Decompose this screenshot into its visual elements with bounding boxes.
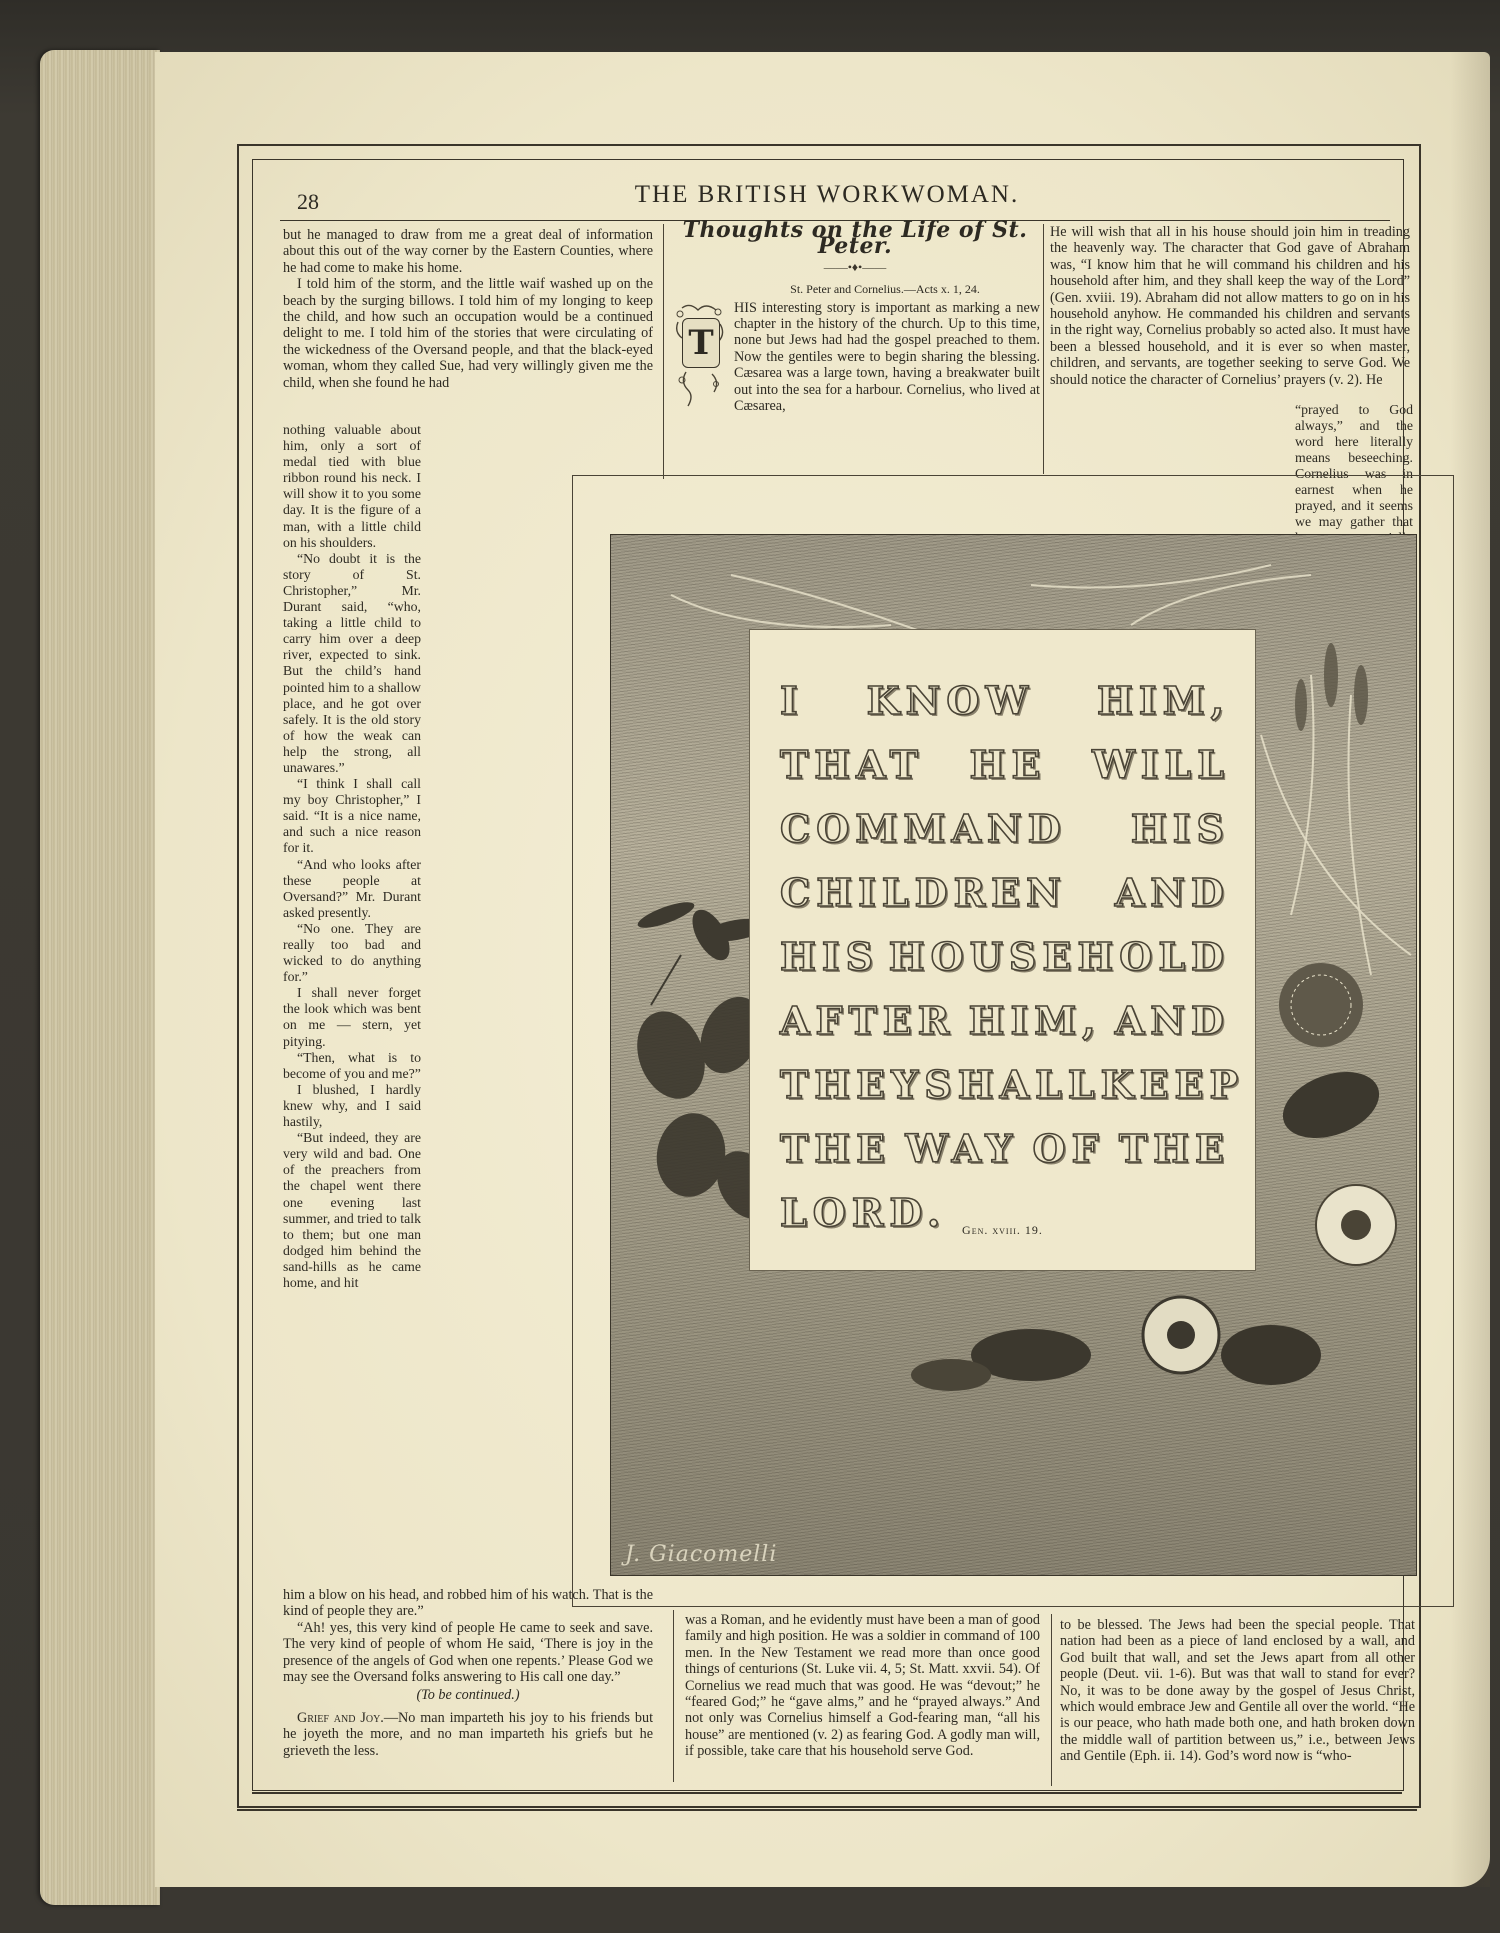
dropcap-ornament: T: [670, 300, 728, 410]
scripture-word: OF: [1033, 1126, 1105, 1171]
article-column-2-bottom: was a Roman, and he evidently must have …: [685, 1612, 1040, 1760]
page-curl-shadow: [1450, 52, 1490, 1887]
scripture-word: HE: [970, 742, 1047, 787]
article-column-top: Thoughts on the Life of St. Peter. ——•♦•…: [670, 222, 1040, 414]
scripture-word: HIM,: [1097, 678, 1230, 723]
scripture-word: KNOW: [867, 678, 1035, 723]
filler-paragraph: Grief and Joy.—No man imparteth his joy …: [283, 1710, 653, 1759]
scripture-word: KEEP: [1101, 1062, 1245, 1107]
scripture-reference: Gen. xviii. 19.: [750, 1223, 1255, 1238]
scripture-word: THAT: [780, 742, 924, 787]
bottom-rule-inner: [252, 1792, 1402, 1794]
article-paragraph: was a Roman, and he evidently must have …: [685, 1612, 1040, 1760]
scripture-word: COMMAND: [780, 806, 1067, 851]
book-page: 28 THE BRITISH WORKWOMAN. but he managed…: [155, 52, 1490, 1887]
article-title: Thoughts on the Life of St. Peter.: [670, 222, 1040, 255]
column-rule-1-top: [663, 224, 664, 479]
story-paragraph: “But indeed, they are very wild and bad.…: [283, 1130, 421, 1291]
story-paragraph: I told him of the storm, and the little …: [283, 276, 653, 391]
article-column-3-top: He will wish that all in his house shoul…: [1050, 224, 1410, 388]
story-paragraph: I blushed, I hardly knew why, and I said…: [283, 1082, 421, 1130]
journal-title: THE BRITISH WORKWOMAN.: [252, 181, 1402, 209]
story-column-bottom: him a blow on his head, and robbed him o…: [283, 1587, 653, 1759]
story-paragraph: I shall never forget the look which was …: [283, 985, 421, 1049]
story-paragraph: “No doubt it is the story of St. Christo…: [283, 551, 421, 776]
bottom-flowers-icon: [911, 1297, 1321, 1391]
daisy-icon: [1316, 1185, 1396, 1265]
ornament-rule: ——•♦•——: [670, 259, 1040, 275]
book-page-edges: [40, 50, 160, 1905]
scripture-word: HIS: [1131, 806, 1230, 851]
scripture-line-1: I KNOW HIM,: [780, 670, 1230, 730]
engraver-signature: J. Giacomelli: [625, 1542, 777, 1567]
article-subtitle: St. Peter and Cornelius.—Acts x. 1, 24.: [670, 281, 1040, 297]
article-paragraph: to be blessed. The Jews had been the spe…: [1060, 1617, 1415, 1765]
scripture-word: WAY: [905, 1126, 1018, 1171]
scripture-line-6: AFTER HIM, AND: [780, 990, 1230, 1050]
article-column-3-bottom: to be blessed. The Jews had been the spe…: [1060, 1617, 1415, 1765]
running-head: 28 THE BRITISH WORKWOMAN.: [252, 167, 1402, 219]
scripture-word: HIS: [780, 934, 879, 979]
scripture-word: AND: [1115, 998, 1230, 1043]
scripture-line-4: CHILDREN AND: [780, 862, 1230, 922]
column-rule-1-bottom: [673, 1610, 674, 1782]
scripture-line-8: THE WAY OF THE: [780, 1118, 1230, 1178]
story-paragraph: “No one. They are really too bad and wic…: [283, 921, 421, 985]
scripture-word: AFTER: [780, 998, 955, 1043]
column-rule-2-top: [1043, 224, 1044, 474]
dragonfly-icon: [635, 897, 767, 1005]
story-paragraph: “And who looks after these people at Ove…: [283, 857, 421, 921]
column-rule-2-bottom: [1051, 1614, 1052, 1786]
article-paragraph: He will wish that all in his house shoul…: [1050, 224, 1410, 388]
scripture-line-3: COMMAND HIS: [780, 798, 1230, 858]
scripture-word: CHILDREN: [780, 870, 1067, 915]
story-paragraph: “Ah! yes, this very kind of people He ca…: [283, 1620, 653, 1686]
story-paragraph: “I think I shall call my boy Christopher…: [283, 776, 421, 856]
clover-flower-icon: [1274, 963, 1388, 1150]
scripture-word: WILL: [1092, 742, 1230, 787]
story-paragraph: “Then, what is to become of you and me?”: [283, 1050, 421, 1082]
dropcap-letter: T: [682, 318, 720, 368]
scripture-word: HIM,: [969, 998, 1102, 1043]
bottom-rule-outer: [237, 1809, 1417, 1811]
story-paragraph: nothing valuable about him, only a sort …: [283, 422, 421, 551]
story-column-top: but he managed to draw from me a great d…: [283, 227, 653, 391]
scripture-word: HOUSEHOLD: [889, 934, 1230, 979]
scripture-line-2: THAT HE WILL: [780, 734, 1230, 794]
story-paragraph: but he managed to draw from me a great d…: [283, 227, 653, 276]
to-be-continued: (To be continued.): [283, 1687, 653, 1703]
scripture-line-7: THEY SHALL KEEP: [780, 1054, 1230, 1114]
scripture-line-5: HIS HOUSEHOLD: [780, 926, 1230, 986]
story-column-narrow: nothing valuable about him, only a sort …: [283, 422, 421, 1291]
scripture-word: THE: [780, 1126, 891, 1171]
scripture-word: I: [780, 678, 804, 723]
filler-title: Grief and Joy.: [297, 1710, 384, 1726]
scripture-word: THEY: [780, 1062, 924, 1107]
scripture-card: I KNOW HIM, THAT HE WILL COMMAND HIS CHI…: [750, 630, 1255, 1270]
scripture-word: SHALL: [924, 1062, 1100, 1107]
scripture-word: THE: [1119, 1126, 1230, 1171]
wheat-heads-icon: [1295, 643, 1368, 731]
scripture-word: AND: [1115, 870, 1230, 915]
